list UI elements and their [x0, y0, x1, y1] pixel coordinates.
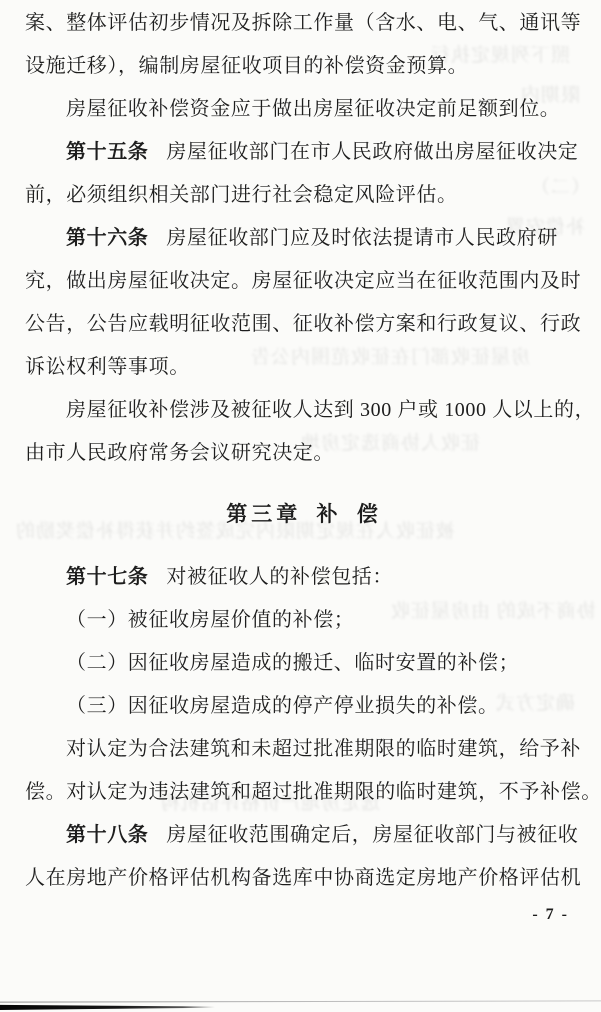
- line-text: 房屋征收补偿涉及被征收人达到 300 户或 1000 人以上的，: [66, 399, 595, 421]
- chapter-heading: 第三章 补 偿: [25, 493, 583, 536]
- article-number: 第十八条: [66, 824, 148, 846]
- line-text: 公告，公告应载明征收范围、征收补偿方案和行政复议、行政: [25, 313, 581, 335]
- text-line: 第十五条房屋征收部门在市人民政府做出房屋征收决定: [25, 131, 583, 174]
- line-text: 前，必须组织相关部门进行社会稳定风险评估。: [25, 184, 458, 206]
- text-line: 究，做出房屋征收决定。房屋征收决定应当在征收范围内及时: [25, 260, 583, 303]
- text-line: （一）被征收房屋价值的补偿；: [25, 599, 583, 642]
- scanned-page: 案、整体评估初步情况及拆除工作量（含水、电、气、通讯等 设施迁移），编制房屋征收…: [0, 0, 601, 1012]
- line-text: 房屋征收范围确定后，房屋征收部门与被征收: [166, 824, 578, 846]
- text-line: 前，必须组织相关部门进行社会稳定风险评估。: [25, 174, 583, 217]
- line-text: 案、整体评估初步情况及拆除工作量（含水、电、气、通讯等: [25, 12, 581, 34]
- text-line: 由市人民政府常务会议研究决定。: [25, 432, 583, 475]
- line-text: （三）因征收房屋造成的停产停业损失的补偿。: [66, 695, 499, 717]
- line-text: （一）被征收房屋价值的补偿；: [66, 609, 354, 631]
- text-line: 公告，公告应载明征收范围、征收补偿方案和行政复议、行政: [25, 303, 583, 346]
- scan-corner-mark: [0, 1004, 215, 1010]
- article-number: 第十五条: [66, 141, 148, 163]
- line-text: （二）因征收房屋造成的搬迁、临时安置的补偿；: [66, 652, 519, 674]
- page-number: - 7 -: [25, 906, 583, 924]
- line-text: 设施迁移），编制房屋征收项目的补偿资金预算。: [25, 55, 468, 77]
- scan-edge-line: [0, 1000, 601, 1002]
- article-number: 第十六条: [66, 227, 148, 249]
- line-text: 究，做出房屋征收决定。房屋征收决定应当在征收范围内及时: [25, 270, 581, 292]
- line-text: 房屋征收部门在市人民政府做出房屋征收决定: [166, 141, 578, 163]
- line-text: 诉讼权利等事项。: [25, 356, 190, 378]
- text-line: （二）因征收房屋造成的搬迁、临时安置的补偿；: [25, 642, 583, 685]
- text-line: 设施迁移），编制房屋征收项目的补偿资金预算。: [25, 45, 583, 88]
- line-text: 人在房地产价格评估机构备选库中协商选定房地产价格评估机: [25, 867, 581, 889]
- text-line: 案、整体评估初步情况及拆除工作量（含水、电、气、通讯等: [25, 2, 583, 45]
- line-text: 由市人民政府常务会议研究决定。: [25, 442, 334, 464]
- text-line: 第十六条房屋征收部门应及时依法提请市人民政府研: [25, 217, 583, 260]
- line-text: 房屋征收部门应及时依法提请市人民政府研: [166, 227, 557, 249]
- text-line: 对认定为合法建筑和未超过批准期限的临时建筑，给予补: [25, 728, 583, 771]
- line-text: 对被征收人的补偿包括：: [166, 566, 393, 588]
- text-line: 房屋征收补偿资金应于做出房屋征收决定前足额到位。: [25, 88, 583, 131]
- text-line: 第十七条对被征收人的补偿包括：: [25, 556, 583, 599]
- text-line: 第十八条房屋征收范围确定后，房屋征收部门与被征收: [25, 814, 583, 857]
- text-line: 诉讼权利等事项。: [25, 346, 583, 389]
- text-line: 房屋征收补偿涉及被征收人达到 300 户或 1000 人以上的，: [25, 389, 583, 432]
- line-text: 偿。对认定为违法建筑和超过批准期限的临时建筑，不予补偿。: [25, 781, 601, 803]
- text-line: 人在房地产价格评估机构备选库中协商选定房地产价格评估机: [25, 857, 583, 900]
- line-text: 房屋征收补偿资金应于做出房屋征收决定前足额到位。: [66, 98, 560, 120]
- text-line: （三）因征收房屋造成的停产停业损失的补偿。: [25, 685, 583, 728]
- article-number: 第十七条: [66, 566, 148, 588]
- text-line: 偿。对认定为违法建筑和超过批准期限的临时建筑，不予补偿。: [25, 771, 583, 814]
- line-text: 对认定为合法建筑和未超过批准期限的临时建筑，给予补: [66, 738, 581, 760]
